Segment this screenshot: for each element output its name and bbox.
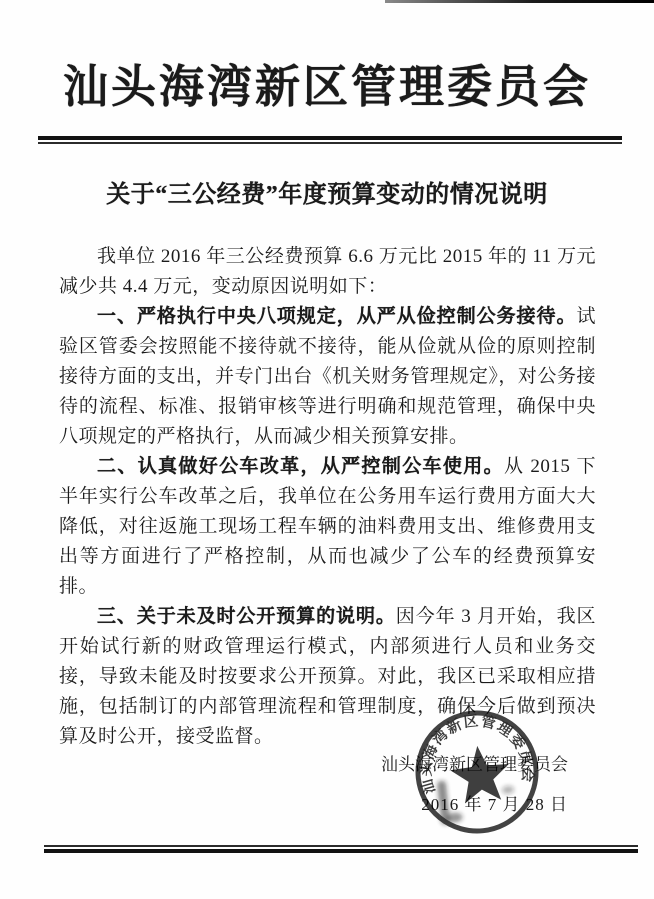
footer-divider-thick-line [44, 849, 638, 853]
paragraph-item-2-lead: 二、认真做好公车改革，从严控制公车使用。 [97, 456, 504, 477]
paragraph-item-3-lead: 三、关于未及时公开预算的说明。 [97, 606, 396, 627]
paragraph-item-2: 二、认真做好公车改革，从严控制公车使用。从 2015 下半年实行公车改革之后，我… [59, 452, 596, 602]
footer-divider [44, 845, 638, 853]
header-divider [38, 136, 622, 144]
header-divider-thin-line [38, 142, 622, 144]
document-title: 关于“三公经费”年度预算变动的情况说明 [0, 174, 654, 209]
official-seal-stamp: 汕头海湾新区管理委员会 [395, 690, 560, 855]
header-divider-thick-line [38, 136, 622, 140]
paragraph-item-1-lead: 一、严格执行中央八项规定，从严从俭控制公务接待。 [97, 306, 576, 327]
paragraph-item-1-text: 试验区管委会按照能不接待就不接待，能从俭就从俭的原则控制接待方面的支出，并专门出… [59, 306, 596, 447]
paragraph-item-1: 一、严格执行中央八项规定，从严从俭控制公务接待。试验区管委会按照能不接待就不接待… [59, 302, 596, 452]
paragraph-item-2-text: 从 2015 下半年实行公车改革之后，我单位在公务用车运行费用方面大大降低，对往… [59, 456, 596, 597]
scan-edge-artifact [385, 0, 654, 3]
paragraph-intro: 我单位 2016 年三公经费预算 6.6 万元比 2015 年的 11 万元减少… [59, 242, 596, 302]
document-body: 我单位 2016 年三公经费预算 6.6 万元比 2015 年的 11 万元减少… [59, 242, 596, 752]
scanned-document-page: 汕头海湾新区管理委员会 关于“三公经费”年度预算变动的情况说明 我单位 2016… [0, 0, 654, 899]
seal-star-icon [448, 743, 513, 805]
org-name-header: 汕头海湾新区管理委员会 [0, 54, 654, 120]
paragraph-intro-text: 我单位 2016 年三公经费预算 6.6 万元比 2015 年的 11 万元减少… [59, 246, 596, 297]
footer-divider-thin-line [44, 845, 638, 847]
